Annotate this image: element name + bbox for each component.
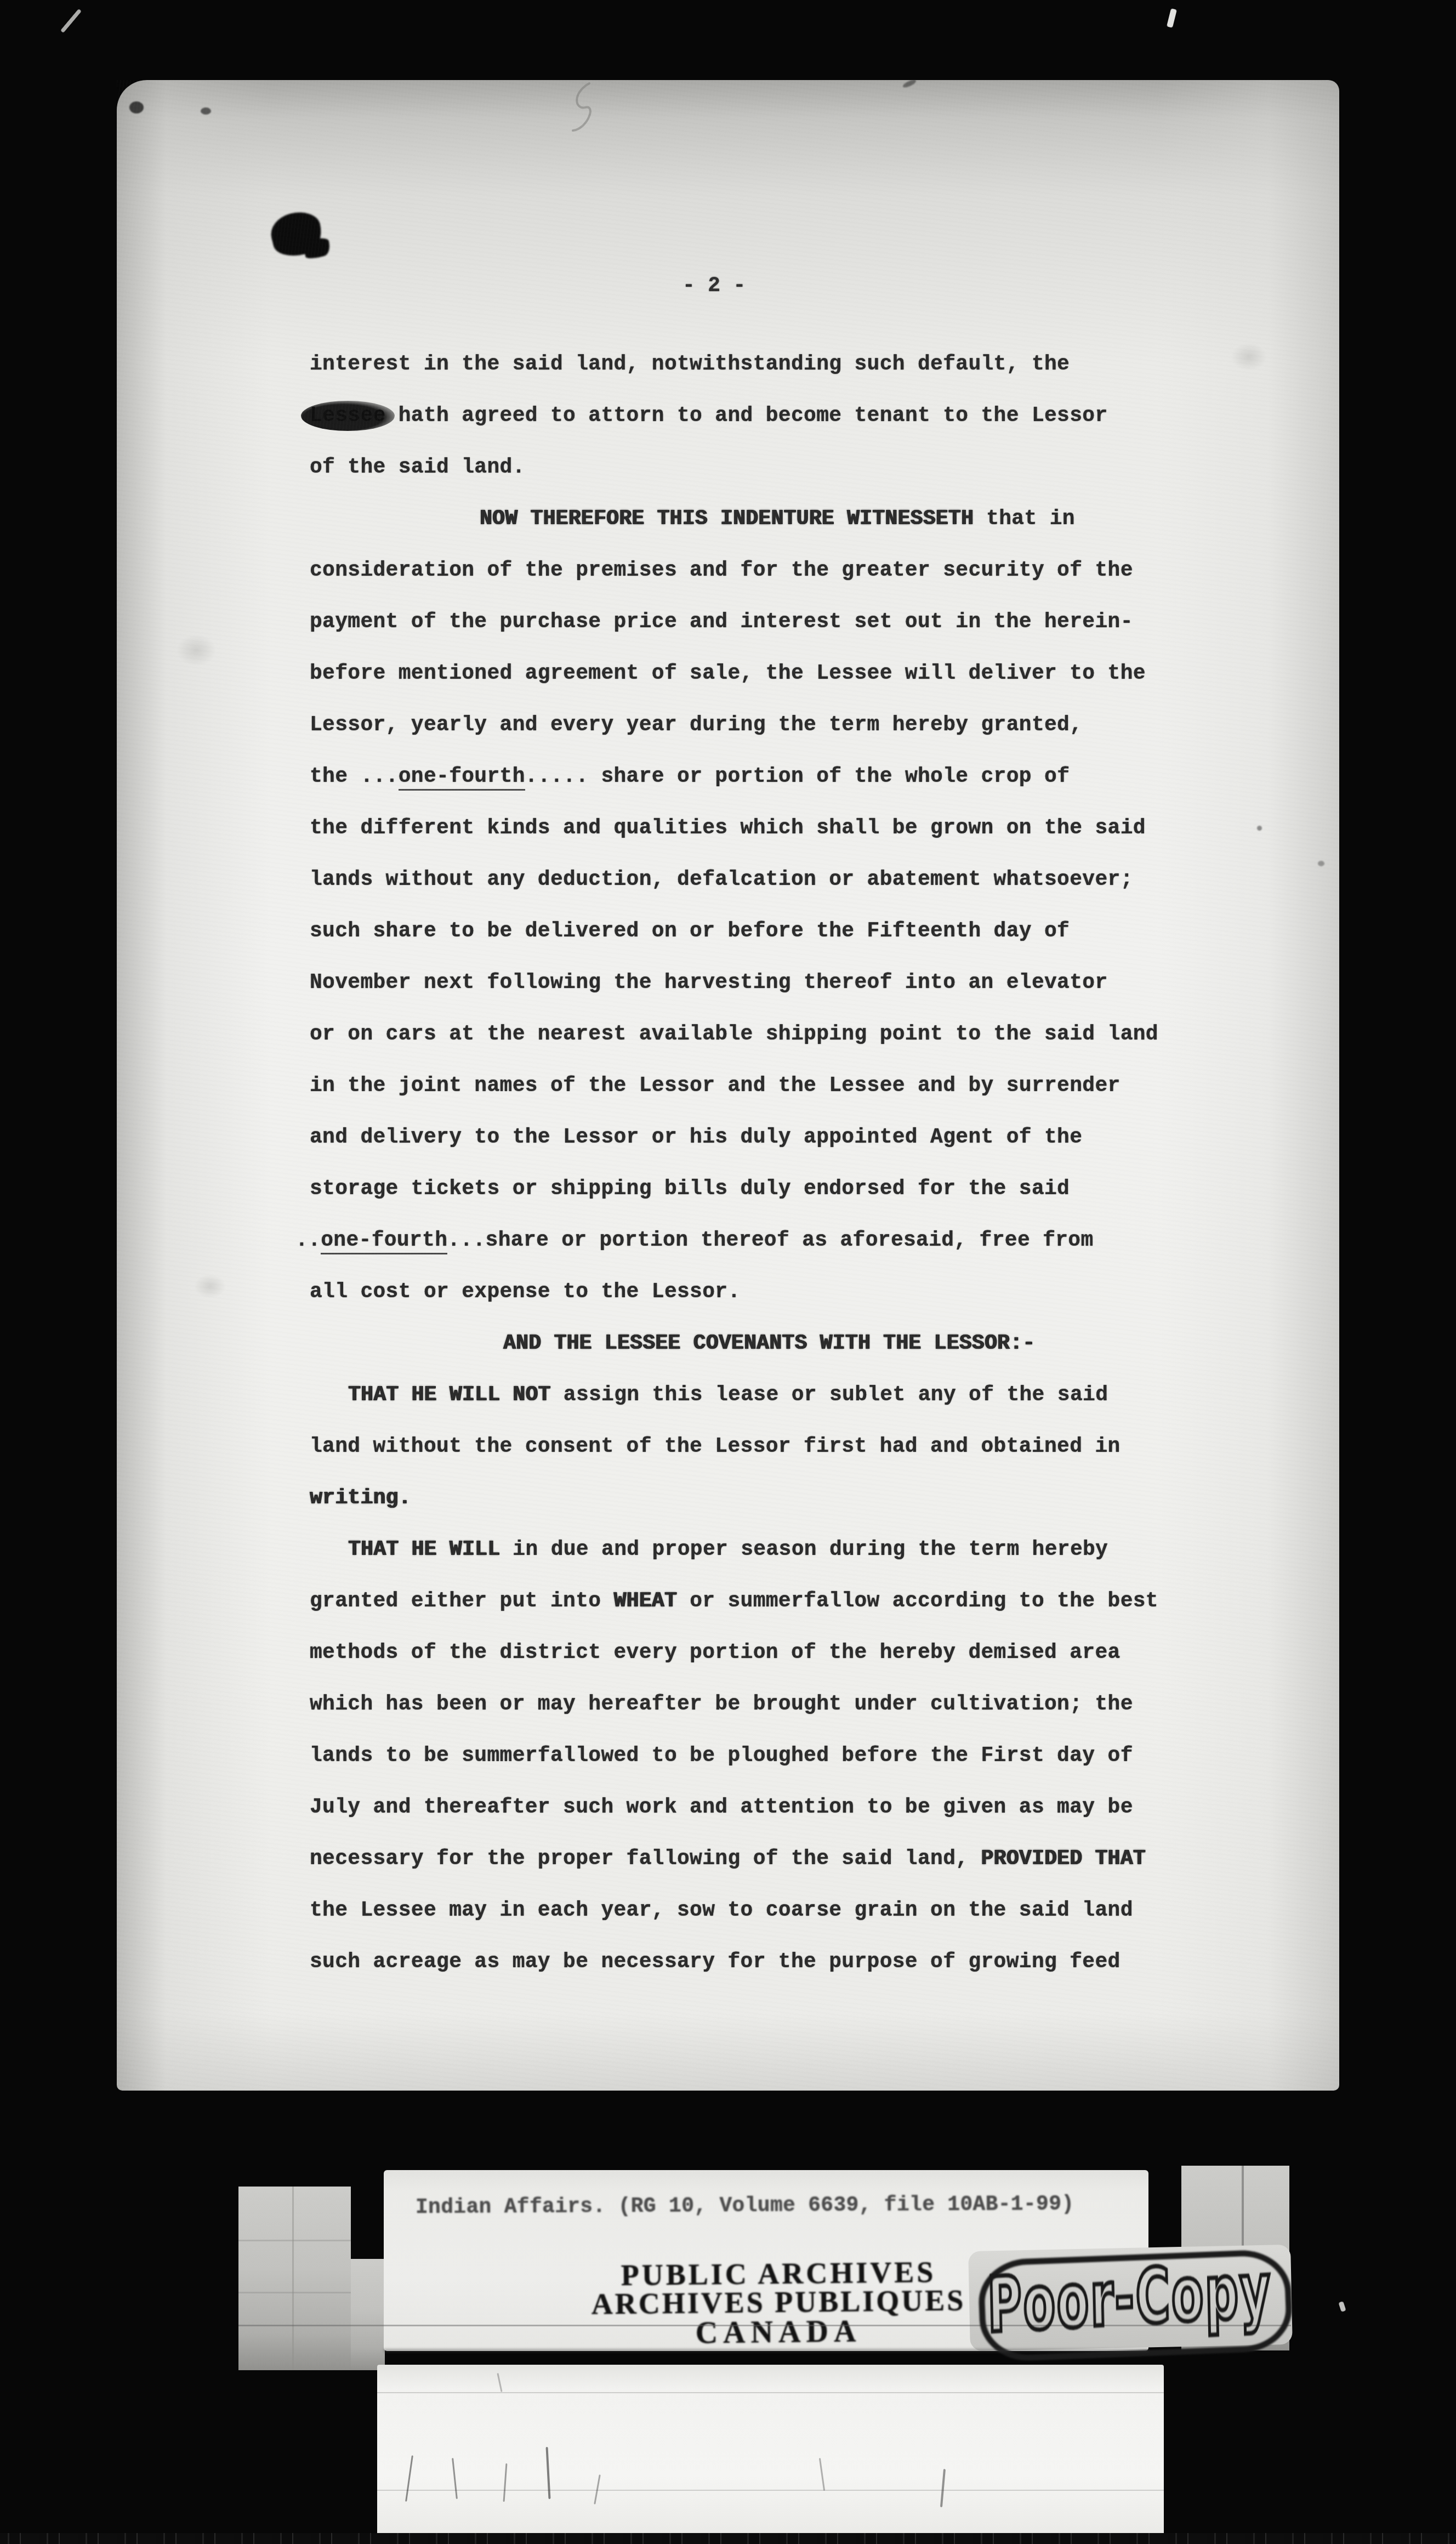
typed-text: the ... — [310, 765, 399, 788]
typed-text: ... — [447, 1229, 485, 1252]
card-scratch — [940, 2469, 946, 2507]
foxing-spot — [1224, 338, 1273, 376]
typed-line-9: the ...one-fourth..... share or portion … — [310, 760, 1070, 793]
typed-text: THAT HE WILL NOT — [348, 1383, 551, 1407]
card-scratch — [452, 2458, 458, 2499]
film-edge-noise — [0, 2533, 1456, 2544]
typed-text: assign this lease or sublet any of the s… — [551, 1383, 1108, 1407]
typed-line-2: Lessee hath agreed to attorn to and beco… — [310, 400, 1108, 433]
typed-text: such acreage as may be necessary for the… — [310, 1950, 1121, 1974]
typed-text: Lessor, yearly and every year during the… — [310, 713, 1082, 737]
dust-speck — [468, 1703, 471, 1707]
typed-text: which has been or may hereafter be broug… — [310, 1693, 1133, 1716]
typed-line-16: and delivery to the Lessor or his duly a… — [310, 1121, 1082, 1154]
typed-text: before mentioned agreement of sale, the … — [310, 662, 1146, 685]
typed-line-23: writing. — [310, 1482, 411, 1515]
typed-text: land without the consent of the Lessor f… — [310, 1435, 1121, 1458]
typed-text: .. — [295, 1229, 321, 1252]
typed-line-28: lands to be summerfallowed to be ploughe… — [310, 1740, 1133, 1773]
typed-line-5: consideration of the premises and for th… — [310, 554, 1133, 587]
poor-copy-stamp: Poor-Copy — [979, 2248, 1279, 2347]
pencil-squiggle — [562, 81, 601, 134]
typed-text: July and thereafter such work and attent… — [310, 1796, 1133, 1819]
film-scratch-mark — [1338, 2301, 1346, 2312]
typed-text: all cost or expense to the Lessor. — [310, 1280, 741, 1304]
typed-text: and delivery to the Lessor or his duly a… — [310, 1126, 1082, 1149]
typed-line-27: which has been or may hereafter be broug… — [310, 1688, 1133, 1721]
typed-text: granted either put into — [310, 1589, 614, 1613]
typed-line-8: Lessor, yearly and every year during the… — [310, 709, 1082, 742]
card-shadow — [384, 2349, 1148, 2352]
typed-text: of the said land. — [310, 456, 525, 479]
typed-text: November next following the harvesting t… — [310, 971, 1108, 995]
typed-line-25: granted either put into WHEAT or summerf… — [310, 1585, 1158, 1618]
typed-line-10: the different kinds and qualities which … — [310, 812, 1146, 845]
typed-text: lands without any deduction, defalcation… — [310, 868, 1133, 891]
typed-line-6: payment of the purchase price and intere… — [310, 606, 1133, 639]
tab-crease — [1242, 2166, 1244, 2253]
typed-text: necessary for the proper fallowing of th… — [310, 1847, 981, 1871]
typed-text: the Lessee may in each year, sow to coar… — [310, 1899, 1133, 1922]
archive-caption: Indian Affairs. (RG 10, Volume 6639, fil… — [416, 2193, 1074, 2219]
typed-line-19: all cost or expense to the Lessor. — [310, 1276, 741, 1309]
typed-line-4: NOW THEREFORE THIS INDENTURE WITNESSETH … — [480, 503, 1075, 536]
typed-text: in the joint names of the Lessor and the… — [310, 1074, 1121, 1098]
typed-text: methods of the district every portion of… — [310, 1641, 1121, 1665]
typed-text: ..... share or portion of the whole crop… — [525, 765, 1070, 788]
typed-text: such share to be delivered on or before … — [310, 919, 1070, 943]
page-number: - 2 - — [682, 274, 814, 298]
typed-line-20: AND THE LESSEE COVENANTS WITH THE LESSOR… — [503, 1327, 1035, 1360]
film-scratch-mark — [60, 9, 82, 33]
typed-text: or on cars at the nearest available ship… — [310, 1023, 1158, 1046]
typed-text: storage tickets or shipping bills duly e… — [310, 1177, 1070, 1201]
stamp-line-3: CANADA — [532, 2312, 1026, 2352]
typed-line-22: land without the consent of the Lessor f… — [310, 1430, 1121, 1463]
typed-text: or summerfallow according to the best — [677, 1589, 1158, 1613]
film-scratch-mark — [1167, 8, 1177, 28]
typed-text: NOW THEREFORE THIS INDENTURE WITNESSETH — [480, 507, 974, 531]
document-page: - 2 - interest in the said land, notwith… — [117, 80, 1339, 2091]
typed-line-30: necessary for the proper fallowing of th… — [310, 1843, 1146, 1876]
card-scratch — [497, 2373, 502, 2392]
typed-line-32: such acreage as may be necessary for the… — [310, 1946, 1121, 1979]
typed-line-26: methods of the district every portion of… — [310, 1637, 1121, 1669]
typed-text: one-fourth — [321, 1229, 447, 1254]
dust-speck — [824, 1911, 828, 1915]
typed-text: Lessee — [301, 401, 395, 431]
typed-text: writing. — [310, 1486, 411, 1510]
typed-text: payment of the purchase price and intere… — [310, 610, 1133, 634]
typed-line-15: in the joint names of the Lessor and the… — [310, 1070, 1121, 1103]
typed-line-14: or on cars at the nearest available ship… — [310, 1018, 1158, 1051]
typed-text: consideration of the premises and for th… — [310, 559, 1133, 582]
dust-speck — [1257, 826, 1262, 831]
typed-text: lands to be summerfallowed to be ploughe… — [310, 1744, 1133, 1768]
typed-line-17: storage tickets or shipping bills duly e… — [310, 1173, 1070, 1206]
poor-copy-stamp-text: Poor-Copy — [986, 2245, 1272, 2349]
typed-text: PROVIDED THAT — [981, 1847, 1146, 1871]
microfilm-tab-left-bridge — [351, 2259, 385, 2370]
tab-crease — [238, 2292, 351, 2293]
card-rule — [377, 2490, 1164, 2491]
dust-speck — [1318, 861, 1324, 866]
typed-line-13: November next following the harvesting t… — [310, 967, 1108, 1000]
typed-line-12: such share to be delivered on or before … — [310, 915, 1070, 948]
card-scratch — [819, 2458, 825, 2491]
typed-line-7: before mentioned agreement of sale, the … — [310, 657, 1146, 690]
typed-line-18: ..one-fourth...share or portion thereof … — [295, 1224, 1094, 1257]
dust-speck — [129, 101, 144, 113]
typed-text: WHEAT — [614, 1589, 678, 1613]
typed-line-21: THAT HE WILL NOT assign this lease or su… — [348, 1379, 1108, 1412]
typed-text: one-fourth — [399, 765, 525, 791]
typed-line-29: July and thereafter such work and attent… — [310, 1791, 1133, 1824]
foxing-spot — [188, 1270, 232, 1303]
tab-crease — [238, 2240, 351, 2241]
dust-speck — [201, 107, 211, 115]
typed-line-3: of the said land. — [310, 451, 525, 484]
typed-line-24: THAT HE WILL in due and proper season du… — [348, 1534, 1108, 1566]
card-scratch — [405, 2455, 413, 2502]
card-scratch — [546, 2447, 551, 2499]
typed-line-31: the Lessee may in each year, sow to coar… — [310, 1894, 1133, 1927]
dust-speck — [902, 78, 917, 89]
typed-line-11: lands without any deduction, defalcation… — [310, 864, 1133, 896]
typed-text: in due and proper season during the term… — [500, 1538, 1108, 1561]
microfilm-tab-left — [238, 2187, 351, 2370]
typed-text: the different kinds and qualities which … — [310, 816, 1146, 840]
typed-line-1: interest in the said land, notwithstandi… — [310, 348, 1070, 381]
card-rule — [377, 2392, 1164, 2393]
card-scratch — [503, 2463, 508, 2502]
blank-card — [377, 2365, 1164, 2536]
typed-text: THAT HE WILL — [348, 1538, 500, 1561]
foxing-spot — [169, 628, 224, 672]
typed-text: interest in the said land, notwithstandi… — [310, 353, 1070, 376]
tab-crease — [292, 2187, 294, 2370]
scanned-microfilm-frame: - 2 - interest in the said land, notwith… — [0, 0, 1456, 2544]
typed-text: share or portion thereof as aforesaid, f… — [486, 1229, 1094, 1252]
typed-text: AND THE LESSEE COVENANTS WITH THE LESSOR… — [503, 1332, 1035, 1355]
typed-text: that in — [974, 507, 1075, 531]
ink-blot — [267, 207, 326, 261]
typed-text: hath agreed to attorn to and become tena… — [386, 404, 1108, 428]
